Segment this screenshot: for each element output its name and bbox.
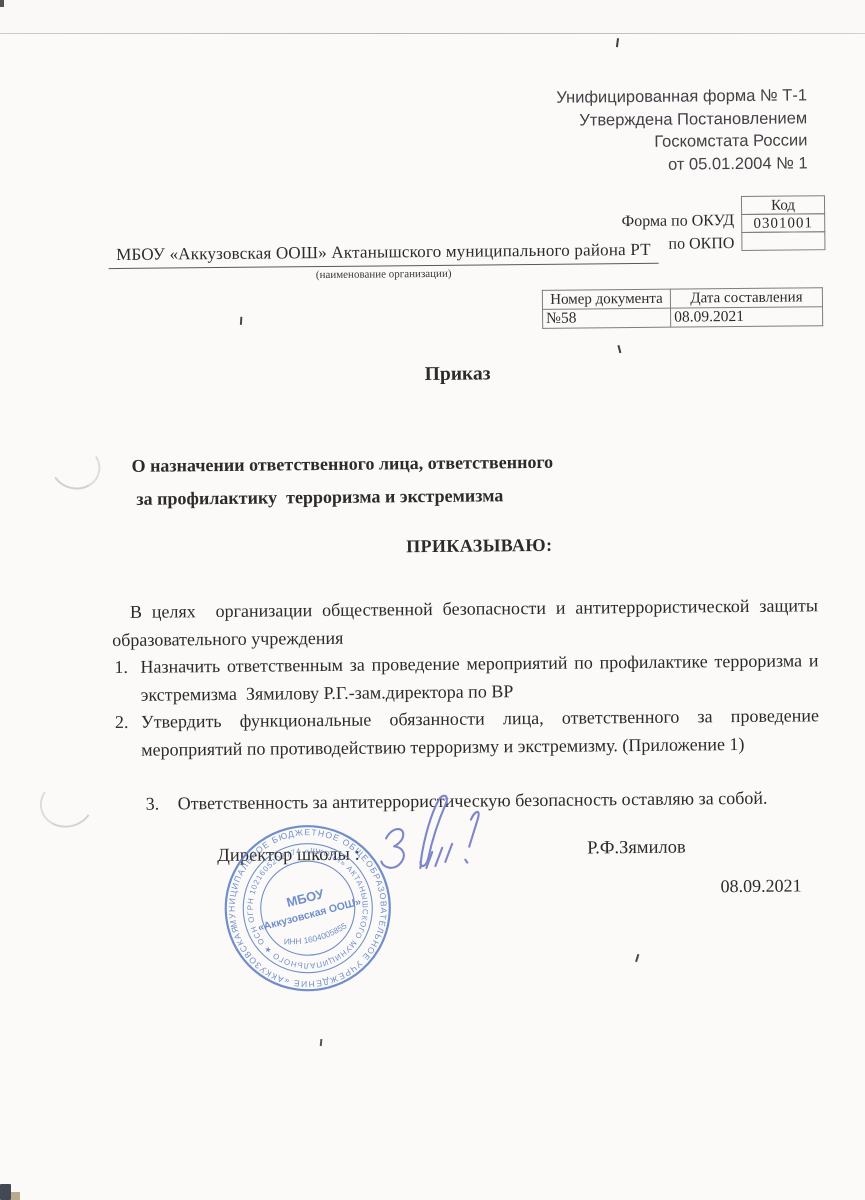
doc-number-header: Номер документа [542,289,670,309]
doc-meta-table: Номер документа Дата составления №58 08.… [542,287,823,329]
doc-number-value: №58 [543,308,671,328]
scan-artifact-mark [320,1039,323,1046]
organization-name: МБОУ «Аккузовская ООШ» Актанышского муни… [108,240,658,269]
form-header-line: Госкомстата России [557,129,808,154]
code-box-header: Код [741,195,825,215]
scan-artifact-mark [240,317,242,325]
organization-caption: (наименование организации) [109,266,659,283]
doc-date-header: Дата составления [670,288,822,308]
okud-label: Форма по ОКУД [621,212,734,231]
okud-code-value: 0301001 [741,213,825,233]
okpo-label: по ОКПО [668,235,734,254]
form-header-line: Утверждена Постановлением [556,107,807,132]
subject-line-1: О назначении ответственного лица, ответс… [131,452,553,476]
order-item-number: 3. [146,790,178,818]
document-subject: О назначении ответственного лица, ответс… [131,446,553,516]
document-title: Приказ [0,360,863,390]
intro-paragraph: В целях организации общественной безопас… [112,592,818,654]
okpo-code-value [741,231,825,251]
scan-corner-speck [0,1184,11,1200]
order-item-number: 1. [114,654,141,709]
order-item-2: 2. Утвердить функциональные обязанности … [115,702,819,764]
signer-name: Р.Ф.Зямилов [587,838,686,860]
form-header-line: от 05.01.2004 № 1 [557,152,808,177]
subject-line-2: за профилактику терроризма и экстремизма [132,485,504,509]
unified-form-header: Унифицированная форма № Т-1 Утверждена П… [556,84,807,176]
order-item-1: 1. Назначить ответственным за проведение… [114,647,818,709]
hole-punch-shadow [46,439,105,494]
signature-scribble [370,787,493,884]
signature-date: 08.09.2021 [720,875,801,897]
scan-corner-speck [11,1192,20,1200]
code-box: Код 0301001 [741,195,826,251]
decree-word: ПРИКАЗЫВАЮ: [0,532,864,561]
order-item-text: Назначить ответственным за проведение ме… [140,647,818,709]
order-item-text: Ответственность за антитеррористическую … [178,784,820,818]
scan-artifact-mark [617,345,621,353]
order-item-text: Утвердить функциональные обязанности лиц… [141,702,819,764]
doc-date-value: 08.09.2021 [671,307,823,327]
scan-artifact-mark [635,954,639,962]
scan-corner-speck [0,0,4,7]
form-header-line: Унифицированная форма № Т-1 [556,84,807,109]
document-page: Унифицированная форма № Т-1 Утверждена П… [0,0,865,1200]
scan-artifact-mark [616,38,619,47]
order-item-number: 2. [115,709,142,764]
hole-punch-shadow [35,774,98,833]
